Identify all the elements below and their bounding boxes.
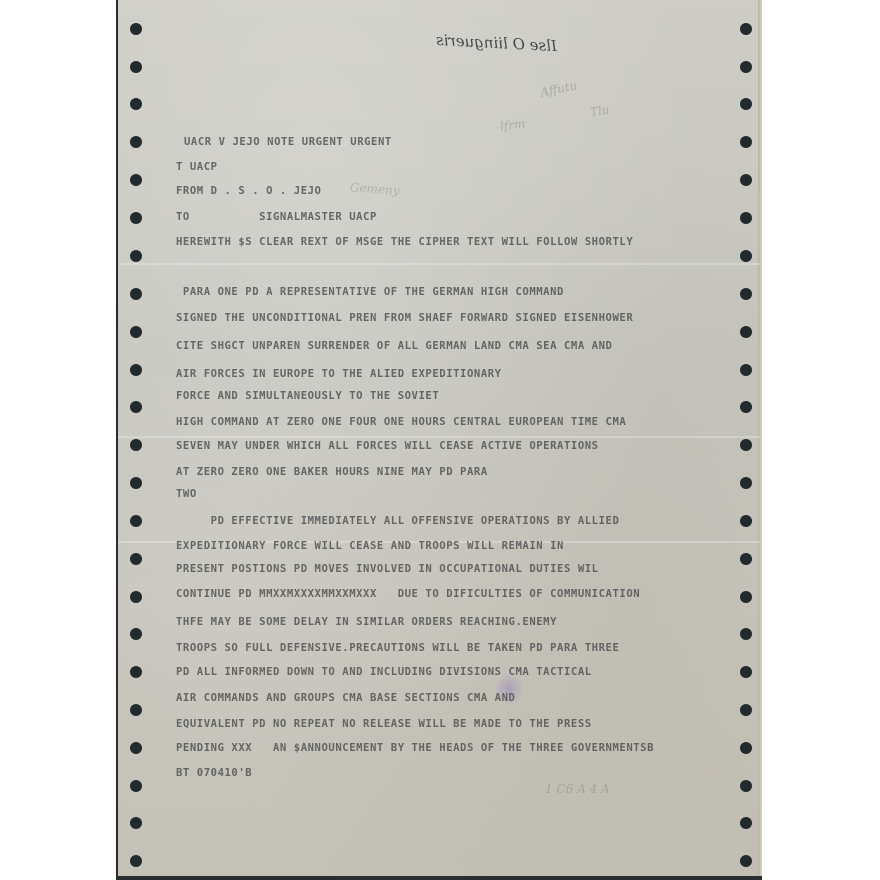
sprocket-hole bbox=[130, 591, 142, 603]
body-line: HIGH COMMAND AT ZERO ONE FOUR ONE HOURS … bbox=[176, 416, 626, 428]
sprocket-hole bbox=[130, 553, 142, 565]
sprocket-hole bbox=[130, 515, 142, 527]
teleprinter-text: UACR V JEJO NOTE URGENT URGENT T UACP FR… bbox=[176, 0, 736, 336]
sprocket-hole bbox=[130, 855, 142, 867]
sprocket-hole bbox=[130, 364, 142, 376]
body-line: SEVEN MAY UNDER WHICH ALL FORCES WILL CE… bbox=[176, 440, 599, 452]
paper-bottom-border bbox=[116, 876, 762, 880]
body-line: AIR COMMANDS AND GROUPS CMA BASE SECTION… bbox=[176, 692, 515, 704]
sprocket-hole bbox=[740, 477, 752, 489]
sprocket-hole bbox=[130, 61, 142, 73]
body-line: PD EFFECTIVE IMMEDIATELY ALL OFFENSIVE O… bbox=[176, 515, 619, 527]
body-line: TROOPS SO FULL DEFENSIVE.PRECAUTIONS WIL… bbox=[176, 642, 619, 654]
sprocket-hole bbox=[130, 288, 142, 300]
paper-fold-line bbox=[118, 436, 760, 438]
body-line: EQUIVALENT PD NO REPEAT NO RELEASE WILL … bbox=[176, 718, 592, 730]
sprocket-hole bbox=[740, 742, 752, 754]
document-scan: Ilse O liingueris Affutu Tlu lfrm Gemeny… bbox=[0, 0, 880, 880]
sprocket-hole bbox=[740, 23, 752, 35]
sprocket-hole bbox=[740, 553, 752, 565]
body-line: AIR FORCES IN EUROPE TO THE ALIED EXPEDI… bbox=[176, 368, 502, 380]
sprocket-hole bbox=[130, 742, 142, 754]
sprocket-hole bbox=[740, 326, 752, 338]
paper-edge-shadow bbox=[758, 0, 762, 880]
sprocket-hole bbox=[740, 515, 752, 527]
faint-handwriting: 1 C6 A 4 A bbox=[545, 782, 610, 796]
sprocket-hole bbox=[130, 98, 142, 110]
message-end-line: BT 070410'B bbox=[176, 767, 252, 779]
body-line: THFE MAY BE SOME DELAY IN SIMILAR ORDERS… bbox=[176, 616, 557, 628]
sprocket-hole bbox=[740, 855, 752, 867]
body-line: AT ZERO ZERO ONE BAKER HOURS NINE MAY PD… bbox=[176, 466, 488, 478]
sprocket-hole bbox=[130, 704, 142, 716]
sprocket-hole bbox=[740, 364, 752, 376]
sprocket-hole bbox=[740, 666, 752, 678]
sprocket-hole bbox=[130, 136, 142, 148]
sprocket-hole bbox=[740, 628, 752, 640]
sprocket-hole bbox=[130, 326, 142, 338]
sprocket-hole bbox=[740, 212, 752, 224]
sprocket-hole bbox=[740, 98, 752, 110]
sprocket-hole bbox=[130, 212, 142, 224]
header-line-from: FROM D . S . O . JEJO bbox=[176, 185, 322, 197]
sprocket-hole bbox=[740, 401, 752, 413]
body-line: PARA ONE PD A REPRESENTATIVE OF THE GERM… bbox=[176, 286, 564, 298]
sprocket-hole bbox=[740, 780, 752, 792]
header-line: UACR V JEJO NOTE URGENT URGENT bbox=[184, 136, 392, 148]
sprocket-hole bbox=[130, 477, 142, 489]
sprocket-hole bbox=[740, 288, 752, 300]
sprocket-hole bbox=[130, 628, 142, 640]
body-line: PENDING XXX AN $ANNOUNCEMENT BY THE HEAD… bbox=[176, 742, 654, 754]
sprocket-hole bbox=[740, 591, 752, 603]
body-line: EXPEDITIONARY FORCE WILL CEASE AND TROOP… bbox=[176, 540, 564, 552]
body-line: PRESENT POSTIONS PD MOVES INVOLVED IN OC… bbox=[176, 563, 599, 575]
header-line: T UACP bbox=[176, 161, 218, 173]
sprocket-hole bbox=[740, 250, 752, 262]
body-line: PD ALL INFORMED DOWN TO AND INCLUDING DI… bbox=[176, 666, 592, 678]
body-line: CITE SHGCT UNPAREN SURRENDER OF ALL GERM… bbox=[176, 340, 612, 352]
sprocket-hole bbox=[130, 401, 142, 413]
sprocket-hole bbox=[740, 61, 752, 73]
sprocket-hole bbox=[130, 817, 142, 829]
body-line: SIGNED THE UNCONDITIONAL PREN FROM SHAEF… bbox=[176, 312, 633, 324]
sprocket-hole bbox=[130, 174, 142, 186]
sprocket-hole bbox=[130, 780, 142, 792]
sprocket-hole bbox=[740, 136, 752, 148]
sprocket-hole bbox=[740, 174, 752, 186]
sprocket-hole bbox=[130, 666, 142, 678]
sprocket-hole bbox=[740, 817, 752, 829]
sprocket-hole bbox=[130, 23, 142, 35]
sprocket-hole bbox=[130, 439, 142, 451]
body-line: CONTINUE PD MMXXMXXXXMMXXMXXX DUE TO DIF… bbox=[176, 588, 640, 600]
header-line-to: TO SIGNALMASTER UACP bbox=[176, 211, 377, 223]
sprocket-hole bbox=[740, 439, 752, 451]
sprocket-hole bbox=[130, 250, 142, 262]
header-line: HEREWITH $S CLEAR REXT OF MSGE THE CIPHE… bbox=[176, 236, 633, 248]
body-line: TWO bbox=[176, 488, 197, 500]
body-line: FORCE AND SIMULTANEOUSLY TO THE SOVIET bbox=[176, 390, 439, 402]
sprocket-hole bbox=[740, 704, 752, 716]
